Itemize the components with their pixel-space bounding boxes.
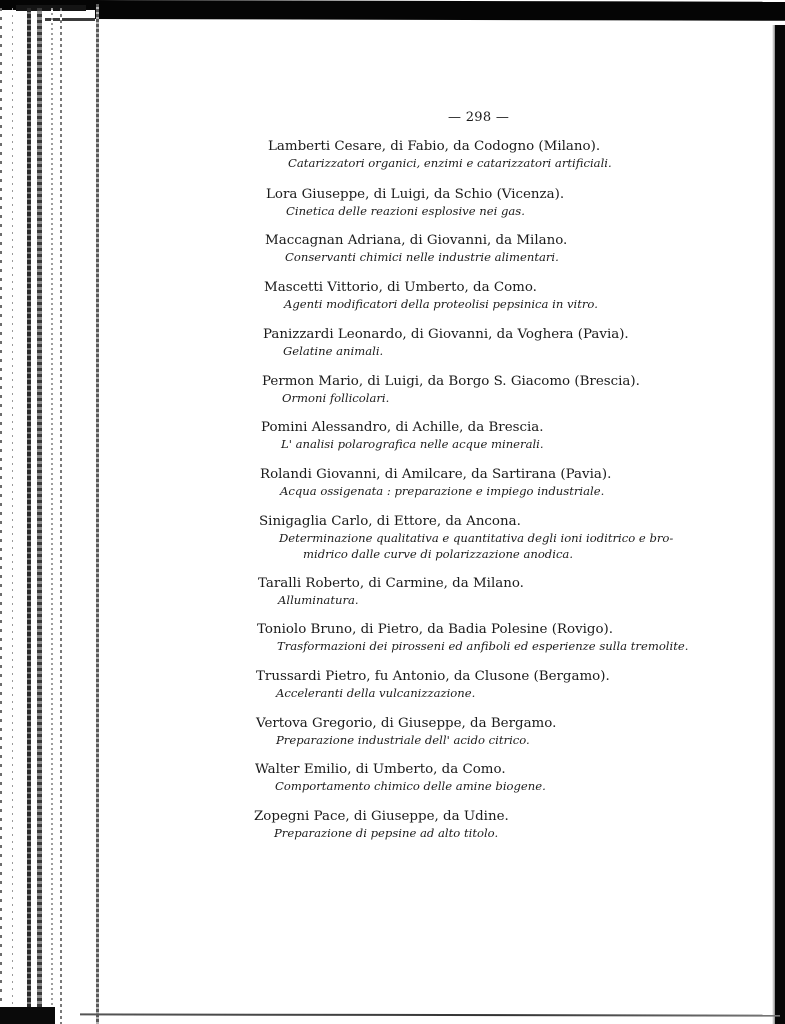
entry-thesis: Alluminatura. [278,592,718,608]
entry-thesis: Conservanti chimici nelle industrie alim… [285,249,725,265]
entry-name: Permon Mario, di Luigi, da Borgo S. Giac… [262,373,722,390]
book-binding-edge [0,0,100,1024]
binding-page-edge [51,8,53,1024]
list-item: Lora Giuseppe, di Luigi, da Schio (Vicen… [266,186,726,219]
list-item: Rolandi Giovanni, di Amilcare, da Sartir… [260,466,720,499]
binding-page-edge [27,8,31,1024]
entry-name: Zopegni Pace, di Giuseppe, da Udine. [254,808,714,825]
entry-thesis: Cinetica delle reazioni esplosive nei ga… [286,203,726,219]
entry-name: Walter Emilio, di Umberto, da Como. [255,761,715,778]
entry-name: Vertova Gregorio, di Giuseppe, da Bergam… [256,715,716,732]
entry-thesis: Catarizzatori organici, enzimi e catariz… [288,155,728,171]
entry-thesis: Agenti modificatori della proteolisi pep… [284,296,724,312]
entry-name: Rolandi Giovanni, di Amilcare, da Sartir… [260,466,720,483]
entry-thesis: Trasformazioni dei pirosseni ed anfiboli… [277,638,717,654]
list-item: Sinigaglia Carlo, di Ettore, da Ancona. … [259,513,719,562]
binding-page-edge [12,8,13,1024]
entry-thesis: L' analisi polarografica nelle acque min… [281,436,721,452]
list-item: Trussardi Pietro, fu Antonio, da Clusone… [256,668,716,701]
entry-name: Toniolo Bruno, di Pietro, da Badia Poles… [257,621,717,638]
binding-page-edge [96,4,99,1024]
list-item: Pomini Alessandro, di Achille, da Bresci… [261,419,721,452]
binding-page-edge [0,8,2,1024]
entry-thesis: Acceleranti della vulcanizzazione. [276,685,716,701]
entry-thesis: Ormoni follicolari. [282,390,722,406]
list-item: Toniolo Bruno, di Pietro, da Badia Poles… [257,621,717,654]
page-bottom-edge [80,1013,780,1016]
entry-name: Panizzardi Leonardo, di Giovanni, da Vog… [263,326,723,343]
entry-name: Sinigaglia Carlo, di Ettore, da Ancona. [259,513,719,530]
entry-thesis: Preparazione industriale dell' acido cit… [276,732,716,748]
binding-page-edge [37,8,42,1024]
entry-thesis: Determinazione qualitativa e quantitativ… [279,530,719,546]
entry-name: Taralli Roberto, di Carmine, da Milano. [258,575,718,592]
binding-page-edge [60,8,62,1024]
list-item: Panizzardi Leonardo, di Giovanni, da Vog… [263,326,723,359]
entry-name: Lamberti Cesare, di Fabio, da Codogno (M… [268,138,728,155]
scan-right-shadow [775,25,785,1024]
list-item: Vertova Gregorio, di Giuseppe, da Bergam… [256,715,716,748]
entry-name: Mascetti Vittorio, di Umberto, da Como. [264,279,724,296]
list-item: Walter Emilio, di Umberto, da Como. Comp… [255,761,715,794]
entry-thesis: Acqua ossigenata : preparazione e impieg… [280,483,720,499]
entry-name: Lora Giuseppe, di Luigi, da Schio (Vicen… [266,186,726,203]
entry-name: Maccagnan Adriana, di Giovanni, da Milan… [265,232,725,249]
list-item: Maccagnan Adriana, di Giovanni, da Milan… [265,232,725,265]
entry-thesis: Gelatine animali. [283,343,723,359]
page-number: — 298 — [448,110,509,125]
entry-thesis-continued: midrico dalle curve di polarizzazione an… [303,546,719,562]
entry-thesis: Comportamento chimico delle amine biogen… [275,778,715,794]
list-item: Mascetti Vittorio, di Umberto, da Como. … [264,279,724,312]
list-item: Permon Mario, di Luigi, da Borgo S. Giac… [262,373,722,406]
list-item: Taralli Roberto, di Carmine, da Milano. … [258,575,718,608]
scan-top-shadow [95,0,785,21]
entry-name: Trussardi Pietro, fu Antonio, da Clusone… [256,668,716,685]
scan-bottom-shadow [0,1007,55,1024]
list-item: Zopegni Pace, di Giuseppe, da Udine. Pre… [254,808,714,841]
entry-thesis: Preparazione di pepsine ad alto titolo. [274,825,714,841]
entry-name: Pomini Alessandro, di Achille, da Bresci… [261,419,721,436]
list-item: Lamberti Cesare, di Fabio, da Codogno (M… [268,138,728,171]
